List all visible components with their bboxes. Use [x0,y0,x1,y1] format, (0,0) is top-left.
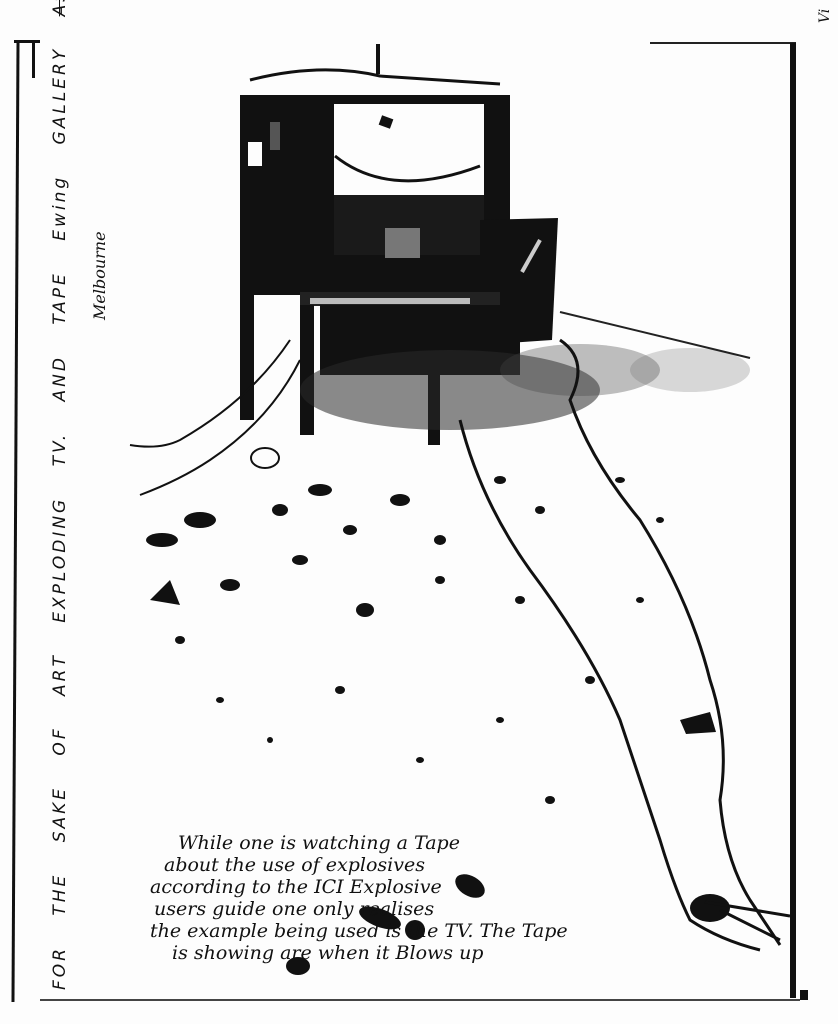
caption-word: Ewing [50,175,70,241]
caption-word: ART [50,653,70,696]
caption-word: TV. [50,432,70,466]
stool-leg [300,305,314,435]
caption-word-struck: ASSD [50,0,70,16]
note-line: users guide one only realises [150,898,790,920]
caption-word: FOR [50,946,70,990]
caption-word: TAPE [50,271,70,324]
caption-word: OF [50,726,70,755]
vertical-caption: FOR THE SAKE OF ART EXPLODING TV. AND TA… [50,0,70,990]
tv-cabinet [240,95,510,295]
caption-word: EXPLODING [50,497,70,623]
note-line: according to the ICI Explosive [150,876,790,898]
handwritten-note: While one is watching a Tape about the u… [150,832,790,964]
note-line: While one is watching a Tape [150,832,790,854]
caption-word: THE [50,873,70,916]
antenna-icon [376,44,380,74]
caption-word: AND [50,355,70,401]
photo-frame-corner-bottom-right [800,990,808,1000]
stool-leg [240,280,254,420]
caption-word: SAKE [50,786,70,842]
scanned-page: FOR THE SAKE OF ART EXPLODING TV. AND TA… [0,0,838,1024]
photo-frame-tick [32,40,35,78]
caption-word: GALLERY [50,47,70,145]
photo-frame-right-edge [790,43,796,998]
note-line: about the use of explosives [150,854,790,876]
note-line: the example being used is the TV. The Ta… [150,920,790,942]
vertical-location-note: Melbourne [90,231,109,320]
corner-handwriting: Vi [817,9,833,23]
note-line: is showing are when it Blows up [150,942,790,964]
photo-frame-left-edge [11,40,19,1002]
large-debris-fragment [680,712,716,734]
photo-frame-corner-mark [14,40,40,43]
